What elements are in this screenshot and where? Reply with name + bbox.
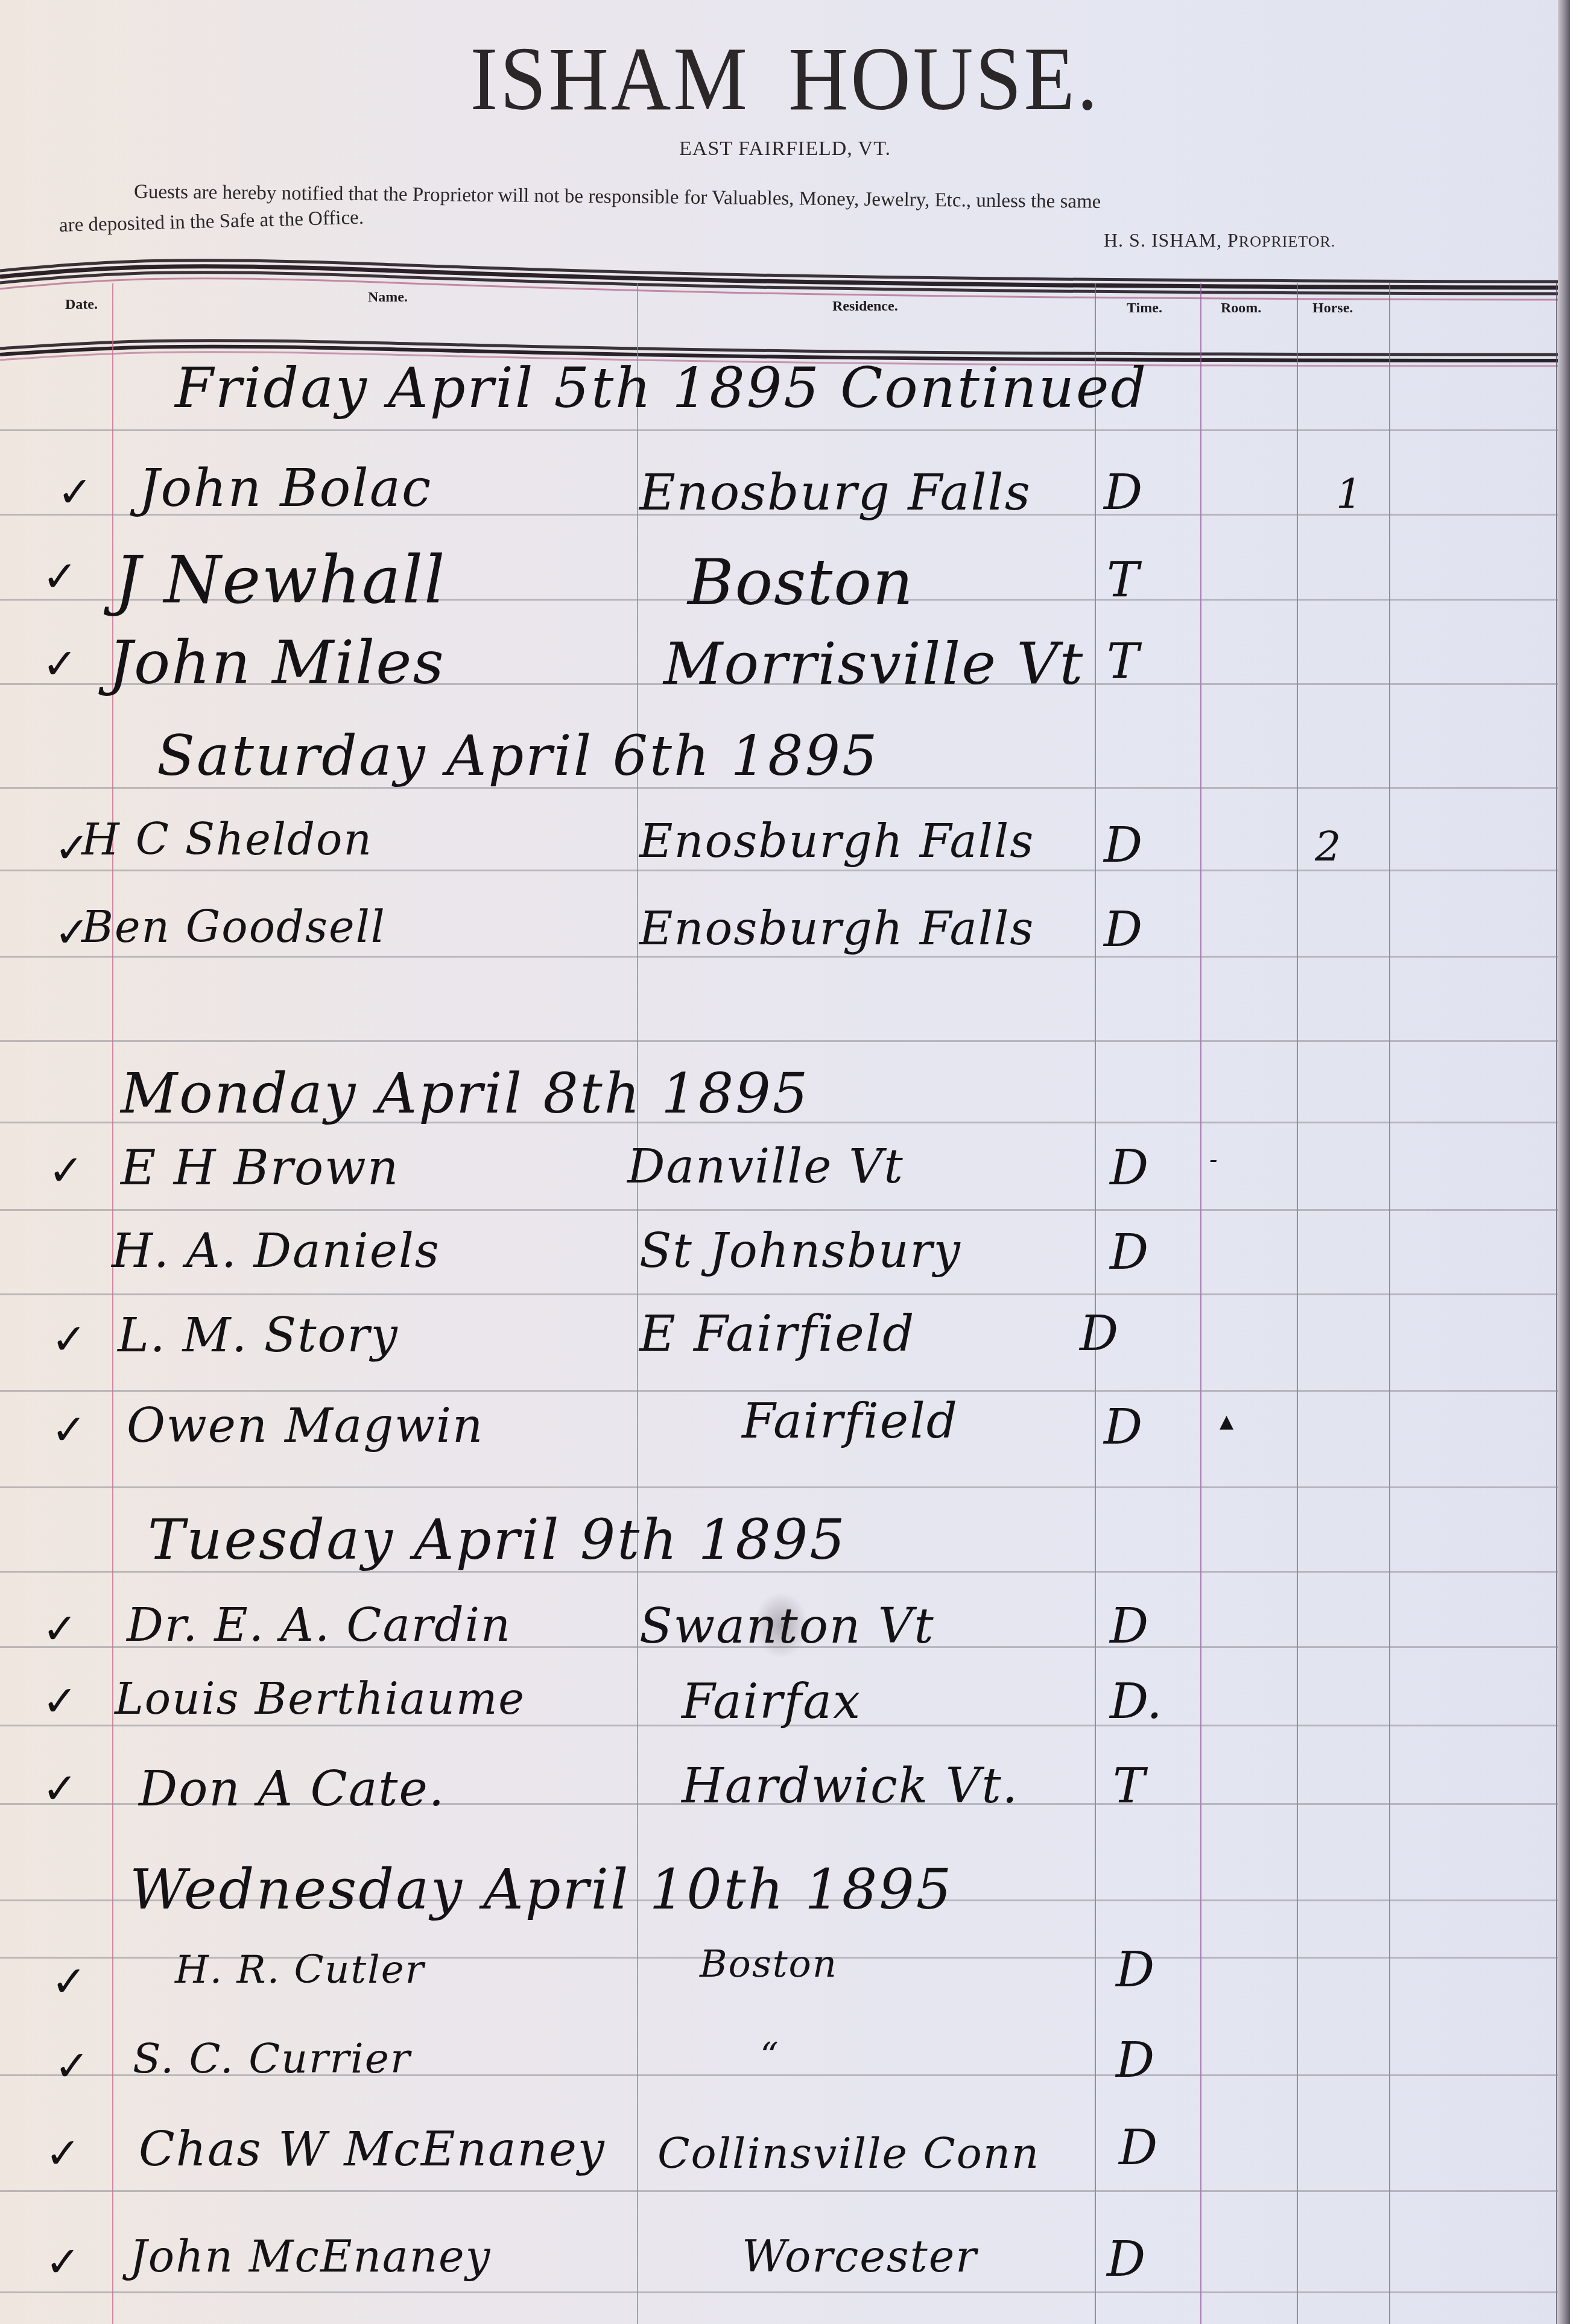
guest-name: S. C. Currier xyxy=(133,2035,411,2083)
guest-name: Don A Cate. xyxy=(139,1761,445,1817)
room-mark: ▲ xyxy=(1220,1411,1233,1432)
arrival-time: D xyxy=(1080,1306,1118,1362)
guest-residence: Collinsville Conn xyxy=(657,2129,1040,2178)
arrival-time: D xyxy=(1104,817,1142,873)
arrival-time: D xyxy=(1110,1224,1148,1280)
guest-residence: Hardwick Vt. xyxy=(682,1758,1019,1814)
column-header-horse: Horse. xyxy=(1312,300,1353,317)
check-mark-icon: ✓ xyxy=(42,639,78,689)
book-spine-edge xyxy=(1558,0,1570,2324)
date-heading: Wednesday April 10th 1895 xyxy=(130,1857,953,1922)
column-rule-date xyxy=(112,283,113,2324)
guest-residence: Boston xyxy=(700,1942,838,1986)
guest-residence: Fairfax xyxy=(682,1673,861,1729)
arrival-time: D xyxy=(1104,464,1142,520)
date-heading: Tuesday April 9th 1895 xyxy=(148,1508,847,1572)
ruled-line xyxy=(0,1293,1559,1295)
ruled-line xyxy=(0,956,1559,958)
column-header-residence: Residence. xyxy=(832,298,898,315)
check-mark-icon: ✓ xyxy=(51,1957,87,2006)
guest-residence-ditto: “ xyxy=(760,2035,780,2077)
proprietor-title-rest: ROPRIETOR. xyxy=(1239,233,1336,250)
arrival-time: D xyxy=(1116,1942,1154,1998)
check-mark-icon: ✓ xyxy=(51,1405,87,1454)
guest-name: Owen Magwin xyxy=(127,1399,484,1453)
header-top-rule xyxy=(0,256,1559,305)
arrival-time: T xyxy=(1113,1758,1145,1814)
arrival-time: T xyxy=(1107,552,1139,608)
check-mark-icon: ✓ xyxy=(51,1315,87,1364)
check-mark-icon: ✓ xyxy=(45,2237,81,2287)
guest-name: Louis Berthiaume xyxy=(115,1673,525,1724)
check-mark-icon: ✓ xyxy=(48,1146,84,1195)
guest-residence: St Johnsbury xyxy=(639,1224,961,1278)
check-mark-icon: ✓ xyxy=(42,1604,78,1653)
guest-residence: Danville Vt xyxy=(627,1140,904,1194)
column-header-time: Time. xyxy=(1127,300,1162,317)
check-mark-icon: ✓ xyxy=(57,467,93,517)
guest-residence: E Fairfield xyxy=(639,1306,915,1363)
guest-name: H. A. Daniels xyxy=(112,1224,440,1278)
date-heading: Monday April 8th 1895 xyxy=(121,1061,809,1126)
guest-name: E H Brown xyxy=(121,1140,399,1196)
arrival-time: D xyxy=(1104,1399,1142,1455)
guest-name: John Miles xyxy=(109,627,445,698)
column-header-date: Date. xyxy=(65,297,98,313)
arrival-time: T xyxy=(1107,633,1139,689)
liability-notice-line2: are deposited in the Safe at the Office. xyxy=(59,207,364,237)
guest-name: J Newhall xyxy=(115,543,446,618)
guest-name: Ben Goodsell xyxy=(81,901,386,952)
title-word-house: HOUSE. xyxy=(788,29,1100,129)
guest-residence: Enosburg Falls xyxy=(639,464,1031,522)
arrival-time: D xyxy=(1110,1598,1148,1654)
arrival-time: D xyxy=(1110,1140,1148,1196)
ruled-line xyxy=(0,1486,1559,1488)
column-header-room: Room. xyxy=(1221,300,1261,317)
ruled-line xyxy=(0,2190,1559,2192)
date-heading: Friday April 5th 1895 Continued xyxy=(175,356,1148,420)
column-rule-horse xyxy=(1389,283,1390,2324)
guest-name: Chas W McEnaney xyxy=(139,2123,606,2177)
arrival-time: D xyxy=(1107,2231,1145,2287)
check-mark-icon: ✓ xyxy=(42,552,78,601)
check-mark-icon: ✓ xyxy=(42,1676,78,1726)
arrival-time: D xyxy=(1104,901,1142,958)
arrival-time: D xyxy=(1119,2120,1157,2176)
guest-residence: Worcester xyxy=(742,2231,978,2282)
guest-name: H. R. Cutler xyxy=(175,1948,425,1992)
column-header-name: Name. xyxy=(368,289,408,306)
ruled-line xyxy=(0,429,1559,431)
ruled-line xyxy=(0,1040,1559,1042)
title-word-isham: ISHAM xyxy=(470,29,749,129)
ruled-line xyxy=(0,2291,1559,2293)
guest-residence: Enosburgh Falls xyxy=(639,814,1034,868)
guest-name: Dr. E. A. Cardin xyxy=(127,1598,511,1652)
column-rule-name xyxy=(637,283,638,2324)
check-mark-icon: ✓ xyxy=(42,1764,78,1813)
arrival-time: D xyxy=(1116,2032,1154,2088)
column-rule-time xyxy=(1200,283,1201,2324)
register-page: ISHAMHOUSE. EAST FAIRFIELD, VT. Guests a… xyxy=(0,0,1570,2324)
guest-name: John Bolac xyxy=(139,458,432,519)
check-mark-icon: ✓ xyxy=(54,2041,90,2091)
guest-residence: Enosburgh Falls xyxy=(639,901,1034,955)
horse-count: 2 xyxy=(1315,823,1341,871)
proprietor-title-initial: P xyxy=(1227,229,1239,251)
guest-residence: Morrisville Vt xyxy=(663,630,1084,698)
ruled-line xyxy=(0,1390,1559,1392)
check-mark-icon: ✓ xyxy=(45,2129,81,2178)
guest-name: L. M. Story xyxy=(118,1309,399,1363)
guest-residence: Fairfield xyxy=(742,1393,958,1449)
column-rule-residence xyxy=(1095,283,1096,2324)
column-rule-room xyxy=(1297,283,1298,2324)
ruled-line xyxy=(0,1209,1559,1211)
horse-count: 1 xyxy=(1336,470,1362,518)
proprietor-name: H. S. ISHAM, xyxy=(1104,229,1227,251)
guest-residence: Swanton Vt xyxy=(639,1598,935,1654)
arrival-time: D. xyxy=(1110,1673,1162,1729)
page-title: ISHAMHOUSE. xyxy=(63,27,1507,131)
room-mark: - xyxy=(1209,1146,1218,1173)
guest-name: John McEnaney xyxy=(130,2231,491,2282)
date-heading: Saturday April 6th 1895 xyxy=(157,724,879,788)
guest-name: H C Sheldon xyxy=(81,814,373,865)
proprietor-signature: H. S. ISHAM, PROPRIETOR. xyxy=(1104,229,1335,251)
guest-residence: Boston xyxy=(688,546,914,619)
page-edge-rule xyxy=(1556,283,1557,2324)
location-subtitle: EAST FAIRFIELD, VT. xyxy=(0,137,1570,160)
